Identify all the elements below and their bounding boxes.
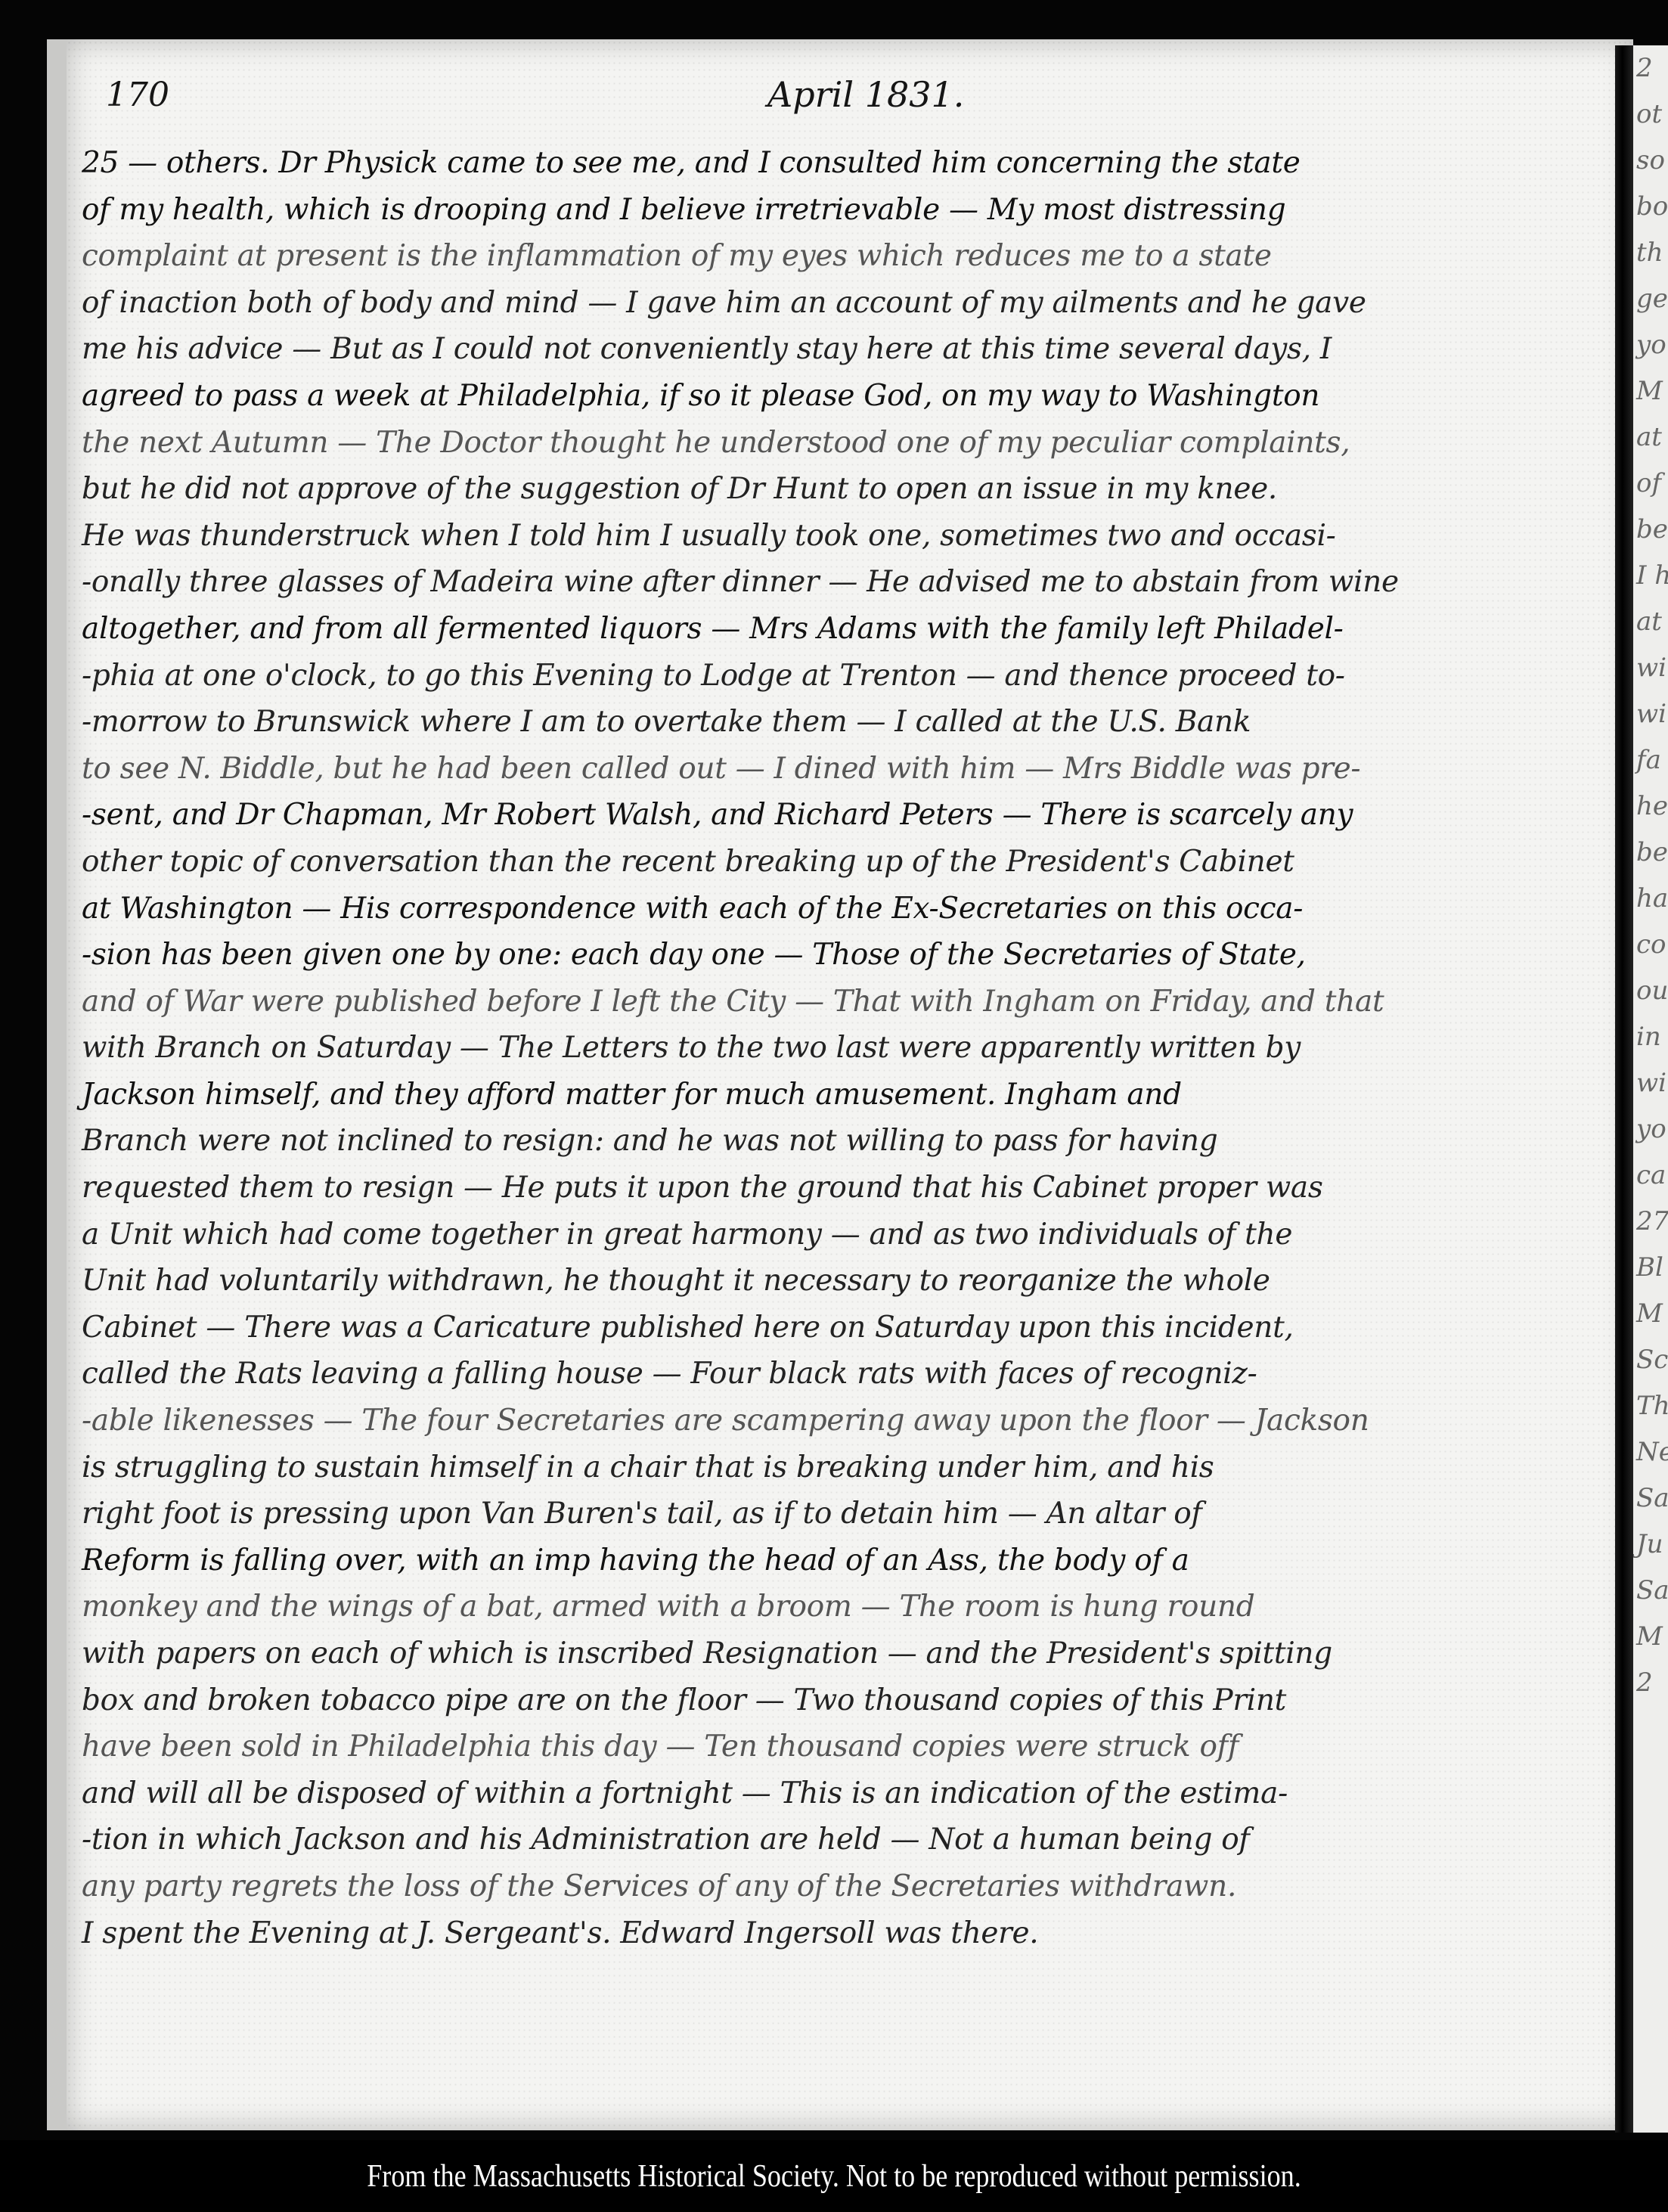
text-line: Unit had voluntarily withdrawn, he thoug… [82, 1258, 1564, 1305]
text-line: at Washington — His correspondence with … [82, 886, 1564, 932]
scanned-manuscript: 170 April 1831. 25 — others. Dr Physick … [0, 0, 1668, 2140]
fragment: at [1633, 414, 1668, 461]
fragment: at [1633, 599, 1668, 645]
fragment: M [1633, 368, 1668, 414]
text-line: -morrow to Brunswick where I am to overt… [82, 699, 1564, 746]
fragment: of [1633, 461, 1668, 507]
text-line: and will all be disposed of within a for… [82, 1770, 1564, 1817]
text-line: -onally three glasses of Madeira wine af… [82, 559, 1564, 606]
fragment: ot [1633, 92, 1668, 138]
copyright-notice: From the Massachusetts Historical Societ… [116, 2158, 1551, 2195]
fragment: 2 [1633, 1660, 1668, 1706]
fragment: Sc [1633, 1337, 1668, 1383]
text-line: agreed to pass a week at Philadelphia, i… [82, 373, 1564, 420]
text-line: with Branch on Saturday — The Letters to… [82, 1025, 1564, 1072]
text-line: with papers on each of which is inscribe… [82, 1630, 1564, 1677]
text-line: Branch were not inclined to resign: and … [82, 1118, 1564, 1165]
text-line: other topic of conversation than the rec… [82, 839, 1564, 886]
fragment: Ju [1633, 1522, 1668, 1568]
text-line: me his advice — But as I could not conve… [82, 326, 1564, 373]
text-line: -sent, and Dr Chapman, Mr Robert Walsh, … [82, 792, 1564, 839]
text-line: a Unit which had come together in great … [82, 1211, 1564, 1258]
fragment: he [1633, 783, 1668, 830]
text-line: is struggling to sustain himself in a ch… [82, 1444, 1564, 1491]
text-line: the next Autumn — The Doctor thought he … [82, 420, 1564, 467]
adjacent-page-edge: 2 ot so bo th ge yo M at of be I h at wi… [1633, 45, 1668, 2133]
book-gutter [1615, 45, 1633, 2133]
text-line: any party regrets the loss of the Servic… [82, 1863, 1564, 1910]
fragment: so [1633, 138, 1668, 184]
fragment: in [1633, 1014, 1668, 1060]
text-line: to see N. Biddle, but he had been called… [82, 746, 1564, 793]
text-line: 25 — others. Dr Physick came to see me, … [82, 140, 1564, 187]
fragment: Sa [1633, 1475, 1668, 1522]
fragment: 27 [1633, 1199, 1668, 1245]
text-line: have been sold in Philadelphia this day … [82, 1723, 1564, 1770]
fragment: yo [1633, 322, 1668, 368]
fragment: Sa [1633, 1568, 1668, 1614]
fragment: wi [1633, 645, 1668, 691]
diary-entry: 25 — others. Dr Physick came to see me, … [82, 140, 1564, 1956]
text-line: but he did not approve of the suggestion… [82, 466, 1564, 513]
text-line: -able likenesses — The four Secretaries … [82, 1398, 1564, 1444]
text-line: -tion in which Jackson and his Administr… [82, 1816, 1564, 1863]
text-line: complaint at present is the inflammation… [82, 233, 1564, 280]
fragment: co [1633, 922, 1668, 968]
fragment: ha [1633, 876, 1668, 922]
text-line: and of War were published before I left … [82, 979, 1564, 1025]
fragment: I h [1633, 553, 1668, 599]
fragment: wi [1633, 691, 1668, 737]
text-line: altogether, and from all fermented liquo… [82, 606, 1564, 653]
fragment: yo [1633, 1106, 1668, 1153]
month-heading: April 1831. [767, 74, 964, 115]
fragment: be [1633, 830, 1668, 876]
fragment: fa [1633, 737, 1668, 783]
text-line: Jackson himself, and they afford matter … [82, 1072, 1564, 1118]
fragment: Bl [1633, 1245, 1668, 1291]
fragment: th [1633, 230, 1668, 276]
text-line: of inaction both of body and mind — I ga… [82, 280, 1564, 327]
fragment: be [1633, 507, 1668, 553]
text-line: I spent the Evening at J. Sergeant's. Ed… [82, 1910, 1564, 1957]
fragment: bo [1633, 184, 1668, 230]
text-line: Reform is falling over, with an imp havi… [82, 1537, 1564, 1584]
text-line: -phia at one o'clock, to go this Evening… [82, 653, 1564, 700]
text-line: -sion has been given one by one: each da… [82, 932, 1564, 979]
text-line: called the Rats leaving a falling house … [82, 1351, 1564, 1398]
fragment: ca [1633, 1153, 1668, 1199]
text-line: requested them to resign — He puts it up… [82, 1165, 1564, 1211]
fragment: Th [1633, 1383, 1668, 1429]
fragment: Ne [1633, 1429, 1668, 1475]
text-line: box and broken tobacco pipe are on the f… [82, 1677, 1564, 1724]
fragment: M [1633, 1614, 1668, 1660]
copyright-footer: From the Massachusetts Historical Societ… [0, 2140, 1668, 2212]
text-line: monkey and the wings of a bat, armed wit… [82, 1584, 1564, 1630]
fragment: wi [1633, 1060, 1668, 1106]
text-line: right foot is pressing upon Van Buren's … [82, 1491, 1564, 1537]
fragment: 2 [1633, 45, 1668, 92]
fragment: M [1633, 1291, 1668, 1337]
text-line: He was thunderstruck when I told him I u… [82, 513, 1564, 560]
page-header: 170 April 1831. [106, 76, 1588, 129]
text-line: Cabinet — There was a Caricature publish… [82, 1305, 1564, 1351]
fragment: ou [1633, 968, 1668, 1014]
page-number: 170 [106, 76, 169, 114]
text-line: of my health, which is drooping and I be… [82, 187, 1564, 234]
fragment: ge [1633, 276, 1668, 322]
